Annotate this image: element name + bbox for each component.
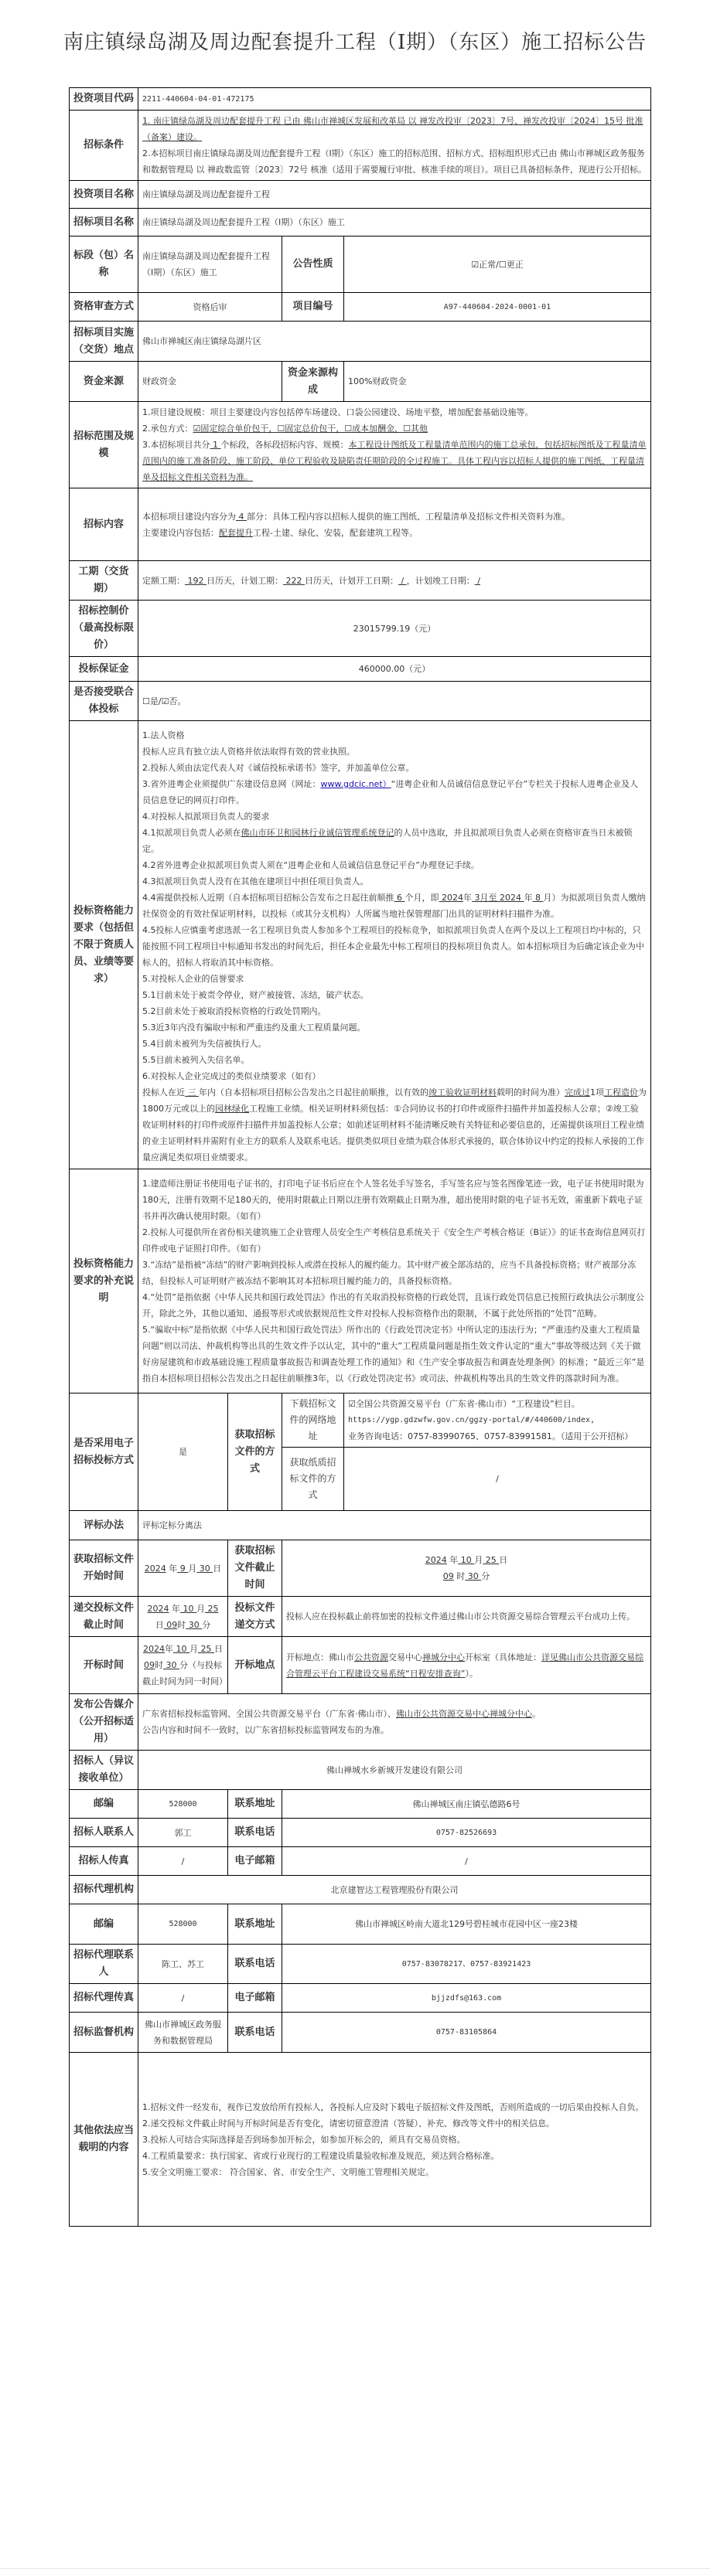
electronic-label: 是否采用电子招标投标方式 [70, 1393, 138, 1511]
submit-minute: 30 [186, 1620, 202, 1630]
row-other: 其他依法应当载明的内容 1.招标文件一经发布，视作已发放给所有投标人，各投标人应… [70, 2053, 651, 2227]
req-l3-prefix: 3.省外进粤企业须提供广东建设信息网（网址： [142, 779, 321, 789]
row-deposit: 投标保证金 460000.00（元） [70, 657, 651, 682]
req-l44-a: 4.4需提供投标人近期（自本招标项目招标公告发布之日起往前顺推 [142, 893, 394, 903]
page-bottom-divider [0, 2568, 710, 2569]
part-count: 4 [236, 512, 247, 522]
duration-t2: 日历天，计划工期： [207, 576, 283, 586]
control-price-label: 招标控制价（最高投标限价） [70, 601, 138, 657]
row-funds: 资金来源 财政资金 资金来源构成 100%财政资金 [70, 362, 651, 402]
other-item: 4.工程质量要求：执行国家、省或行业现行的工程建设质量验收标准及规范，须达到合格… [142, 2148, 647, 2164]
qualification-value: 资格后审 [138, 293, 282, 322]
supervisor-label: 招标监督机构 [70, 2013, 138, 2053]
paper-method-label: 获取纸质招标文件的方式 [282, 1448, 344, 1511]
req-l6-u3: 工程造价 [604, 1087, 638, 1097]
media-p1-a: 广东省招标投标监管网、全国公共资源交易平台（广东省·佛山市）、 [142, 1709, 396, 1719]
row-invest-name: 投资项目名称 南庄镇绿岛湖及周边配套提升工程 [70, 181, 651, 209]
tenderer-contact-label: 招标人联系人 [70, 1819, 138, 1847]
row-agency-fax: 招标代理传真 / 电子邮箱 bjjzdfs@163.com [70, 1984, 651, 2013]
credit-line: 5.对投标人企业的信誉要求 [142, 971, 647, 987]
obtain-end-hour: 09 [443, 1571, 454, 1581]
supplement-item: 1.建造师注册证书使用电子证书的，打印电子证书后应在个人签名处手写签名，手写签名… [142, 1176, 647, 1224]
agency-email-label: 电子邮箱 [228, 1984, 282, 2013]
opening-minute: 30 [163, 1660, 179, 1670]
req-l6-years: 三 [185, 1087, 199, 1097]
agency-fax-value: / [138, 1984, 228, 2013]
download-url-label: 下载招标文件的网络地址 [282, 1393, 344, 1448]
obtain-start-year: 2024 [145, 1564, 166, 1574]
row-invest-code: 投资项目代码 2211-440604-04-01-472175 [70, 88, 651, 111]
supplement-label: 投标资格能力要求的补充说明 [70, 1169, 138, 1393]
credit-line: 5.1目前未处于被责令停业，财产被接管、冻结，破产状态。 [142, 987, 647, 1003]
req-l44-month2: 8 [532, 893, 543, 903]
project-name-label: 招标项目名称 [70, 209, 138, 237]
row-agency-zip: 邮编 528000 联系地址 佛山市禅城区岭南大道北129号碧桂城市花园中区一座… [70, 1904, 651, 1945]
row-tenderer: 招标人（异议接收单位） 佛山禅城水乡新城开发建设有限公司 [70, 1751, 651, 1790]
duration-label: 工期（交货期） [70, 561, 138, 601]
credit-line: 5.5目前未被列入失信名单。 [142, 1052, 647, 1068]
paper-method-value: / [344, 1448, 651, 1511]
agency-zip-label: 邮编 [70, 1904, 138, 1945]
content-p2-underlined: 配套提升 [219, 528, 253, 538]
req-line: 投标人应具有独立法人资格并依法取得有效的营业执照。 [142, 744, 647, 760]
other-item: 5.安全文明施工要求： 符合国家、省、市安全生产、文明施工管理相关规定。 [142, 2164, 647, 2180]
invest-code-value: 2211-440604-04-01-472175 [138, 88, 651, 111]
conditions-p2: 2.本招标项目南庄镇绿岛湖及周边配套提升工程（Ⅰ期）（东区）施工的招标范围、招标… [142, 145, 647, 178]
obtain-end-year: 2024 [425, 1555, 447, 1565]
row-content: 招标内容 本招标项目建设内容分为 4 部分：具体工程内容以招标人提供的施工图纸、… [70, 488, 651, 561]
req-l41-prefix: 4.1拟派项目负责人必须在 [142, 828, 241, 838]
opening-place-label: 开标地点 [228, 1637, 282, 1694]
place-d: ）。 [465, 1669, 478, 1679]
funds-label: 资金来源 [70, 362, 138, 402]
plan-days: 222 [283, 576, 305, 586]
conditions-value: 1. 南庄镇绿岛湖及周边配套提升工程 已由 佛山市禅城区发展和改革局 以 禅发改… [138, 111, 651, 181]
other-label: 其他依法应当载明的内容 [70, 2053, 138, 2227]
media-p1-underlined: 佛山市公共资源交易中心禅城分中心 [396, 1709, 532, 1719]
tenderer-email-label: 电子邮箱 [228, 1847, 282, 1876]
section-label: 标段（包）名称 [70, 237, 138, 293]
evaluation-value: 评标定标分离法 [138, 1511, 651, 1540]
planned-end: / [475, 576, 480, 586]
agency-email-value: bjjzdfs@163.com [282, 1984, 651, 2013]
media-p2: 公告内容和时间不一致时，以广东省招标投标监管网发布的为准。 [142, 1722, 647, 1738]
supplement-item: 4.“处罚”是指依据《中华人民共和国行政处罚法》作出的有关取消投标资格的行政处罚… [142, 1289, 647, 1322]
opening-time-value: 2024年 10 月 25 日09时 30 分（与投标截止时间为同一时间） [138, 1637, 228, 1694]
media-p1-b: 。 [532, 1709, 541, 1719]
agency-addr-value: 佛山市禅城区岭南大道北129号碧桂城市花园中区一座23楼 [282, 1904, 651, 1945]
req-l41-system: 佛山市环卫和园林行业诚信管理系统登记 [241, 828, 394, 838]
notice-nature-value: ☑正常/☐更正 [344, 237, 651, 293]
row-section: 标段（包）名称 南庄镇绿岛湖及周边配套提升工程（Ⅰ期）（东区）施工 公告性质 ☑… [70, 237, 651, 293]
obtain-start-day: 30 [196, 1564, 213, 1574]
submit-deadline-value: 2024 年 10 月 25 日 09时 30 分 [138, 1597, 228, 1637]
obtain-end-month: 10 [458, 1555, 474, 1565]
scope-label: 招标范围及规模 [70, 402, 138, 488]
content-p1-suffix: 部分：具体工程内容以招标人提供的施工图纸、工程量清单及招标文件相关资料为准。 [247, 512, 570, 522]
other-item: 2.递交投标文件截止时间与开标时间是否有变化，请密切留意澄清（答疑）、补充、修改… [142, 2115, 647, 2132]
req-l6-d: 1项 [590, 1087, 604, 1097]
row-electronic-download: 是否采用电子招标投标方式 是 获取招标文件的方式 下载招标文件的网络地址 ☑全国… [70, 1393, 651, 1448]
row-tenderer-fax: 招标人传真 / 电子邮箱 / [70, 1847, 651, 1876]
row-project-name: 招标项目名称 南庄镇绿岛湖及周边配套提升工程（Ⅰ期）（东区）施工 [70, 209, 651, 237]
submit-hour: 09 [164, 1620, 178, 1630]
scope-value: 1.项目建设规模：项目主要建设内容包括停车场建设、口袋公园建设、场地平整，增加配… [138, 402, 651, 488]
requirements-value: 1.法人资格 投标人应具有独立法人资格并依法取得有效的营业执照。 2.投标人须由… [138, 721, 651, 1169]
tenderer-fax-value: / [138, 1847, 228, 1876]
agency-contact-label: 招标代理联系人 [70, 1945, 138, 1984]
supplement-value: 1.建造师注册证书使用电子证书的，打印电子证书后应在个人签名处手写签名，手写签名… [138, 1169, 651, 1393]
tenderer-email-value: / [282, 1847, 651, 1876]
place-u2: 禅城分中心 [422, 1652, 465, 1662]
download-url-value: ☑全国公共资源交易平台（广东省·佛山市）“工程建设”栏目。 https://yg… [344, 1393, 651, 1448]
row-agency-contact: 招标代理联系人 陈工、苏工 联系电话 0757-83078217、0757-83… [70, 1945, 651, 1984]
content-p2-suffix: 工程-土建、绿化、安装，配套建筑工程等。 [253, 528, 418, 538]
submit-month: 10 [180, 1604, 196, 1614]
deposit-label: 投标保证金 [70, 657, 138, 682]
agency-phone-value: 0757-83078217、0757-83921423 [282, 1945, 651, 1984]
duration-value: 定额工期： 192 日历天，计划工期： 222 日历天，计划开工日期： / ，计… [138, 561, 651, 601]
tenderer-label: 招标人（异议接收单位） [70, 1751, 138, 1790]
req-l44-d: 年 [524, 893, 532, 903]
supervisor-phone-label: 联系电话 [228, 2013, 282, 2053]
row-requirements: 投标资格能力要求（包括但不限于资质人员、业绩等要求） 1.法人资格 投标人应具有… [70, 721, 651, 1169]
row-media: 发布公告媒介（公开招标适用） 广东省招标投标监管网、全国公共资源交易平台（广东省… [70, 1694, 651, 1751]
obtain-start-month: 9 [177, 1564, 188, 1574]
planned-start: / [398, 576, 407, 586]
req-l6-u1: 竣工验收证明材料 [428, 1087, 497, 1097]
project-name-value: 南庄镇绿岛湖及周边配套提升工程（Ⅰ期）（东区）施工 [138, 209, 651, 237]
req-l6-a: 投标人在近 [142, 1087, 185, 1097]
notice-nature-label: 公告性质 [282, 237, 344, 293]
content-p2-prefix: 主要建设内容包括： [142, 528, 219, 538]
download-url-link[interactable]: https://ygp.gdzwfw.gov.cn/ggzy-portal/#/… [348, 1412, 647, 1428]
content-p1-prefix: 本招标项目建设内容分为 [142, 512, 236, 522]
req-l44-c: 年 [463, 893, 472, 903]
row-control-price: 招标控制价（最高投标限价） 23015799.19（元） [70, 601, 651, 657]
agency-fax-label: 招标代理传真 [70, 1984, 138, 2013]
req-l6-u2: 完成过 [565, 1087, 590, 1097]
obtain-start-value: 2024 年 9 月 30 日 [138, 1540, 228, 1597]
opening-year: 2024 [143, 1644, 165, 1654]
deposit-value: 460000.00（元） [138, 657, 651, 682]
supplement-item: 5.“骗取中标”是指依据《中华人民共和国行政处罚法》所作出的《行政处罚决定书》中… [142, 1322, 647, 1387]
control-price-value: 23015799.19（元） [138, 601, 651, 657]
place-a: 开标地点：佛山市 [286, 1652, 354, 1662]
tenderer-fax-label: 招标人传真 [70, 1847, 138, 1876]
row-supervisor: 招标监督机构 佛山市禅城区政务服务和数据管理局 联系电话 0757-831058… [70, 2013, 651, 2053]
req-l44-year1: 2024 [439, 893, 464, 903]
req-l44-b: 个月，即 [405, 893, 439, 903]
section-value: 南庄镇绿岛湖及周边配套提升工程（Ⅰ期）（东区）施工 [138, 237, 282, 293]
project-code-value: A97-440604-2024-0001-01 [344, 293, 651, 322]
tender-notice-table: 投资项目代码 2211-440604-04-01-472175 招标条件 1. … [69, 87, 651, 2227]
opening-day: 25 [198, 1644, 214, 1654]
credit-line: 5.3近3年内没有骗取中标和严重违约及重大工程质量问题。 [142, 1019, 647, 1036]
scope-p2-prefix: 2.承包方式： [142, 424, 193, 434]
project-code-label: 项目编号 [282, 293, 344, 322]
other-value: 1.招标文件一经发布，视作已发放给所有投标人，各投标人应及时下载电子版招标文件及… [138, 2053, 651, 2227]
content-label: 招标内容 [70, 488, 138, 561]
section-count: 1 [210, 440, 221, 450]
row-duration: 工期（交货期） 定额工期： 192 日历天，计划工期： 222 日历天，计划开工… [70, 561, 651, 601]
funds-composition-label: 资金来源构成 [282, 362, 344, 402]
credit-line: 6.对投标人企业完成过的类似业绩要求（如有） [142, 1068, 647, 1084]
contract-type-options: ☑固定综合单价包干，☐固定总价包干，☐成本加酬金，☐其他 [193, 424, 428, 434]
opening-month: 10 [173, 1644, 189, 1654]
media-label: 发布公告媒介（公开招标适用） [70, 1694, 138, 1751]
funds-value: 财政资金 [138, 362, 282, 402]
agency-addr-label: 联系地址 [228, 1904, 282, 1945]
invest-name-value: 南庄镇绿岛湖及周边配套提升工程 [138, 181, 651, 209]
row-scope: 招标范围及规模 1.项目建设规模：项目主要建设内容包括停车场建设、口袋公园建设、… [70, 402, 651, 488]
requirements-label: 投标资格能力要求（包括但不限于资质人员、业绩等要求） [70, 721, 138, 1169]
agency-zip-value: 528000 [138, 1904, 228, 1945]
agency-contact-value: 陈工、苏工 [138, 1945, 228, 1984]
req-l6-c: 载明的时间为准） [497, 1087, 565, 1097]
agency-value: 北京建智达工程管理股份有限公司 [138, 1876, 651, 1904]
conditions-p1: 1. 南庄镇绿岛湖及周边配套提升工程 已由 佛山市禅城区发展和改革局 以 禅发改… [142, 113, 647, 145]
opening-hour: 09 [144, 1660, 155, 1670]
req-line: 1.法人资格 [142, 727, 647, 744]
req-l6-b: 年内（自本招标项目招标公告发出之日起往前顺推，以有效的 [199, 1087, 428, 1097]
req-line: 4.5投标人应慎重考虑选派一名工程项目负责人参加多个工程项目的投标竞争，如拟派项… [142, 922, 647, 971]
electronic-value: 是 [138, 1393, 228, 1511]
scope-p3-mid: 个标段，各标段招标内容、规模： [221, 440, 349, 450]
funds-composition-value: 100%财政资金 [344, 362, 651, 402]
agency-label: 招标代理机构 [70, 1876, 138, 1904]
req-line: 4.3拟派项目负责人没有在其他在建项目中担任项目负责人。 [142, 873, 647, 890]
location-value: 佛山市禅城区南庄镇绿岛湖片区 [138, 322, 651, 362]
req-l44-months: 6 [394, 893, 405, 903]
qualification-label: 资格审查方式 [70, 293, 138, 322]
submit-deadline-label: 递交投标文件截止时间 [70, 1597, 138, 1637]
download-platform: ☑全国公共资源交易平台（广东省·佛山市）“工程建设”栏目。 [348, 1396, 647, 1412]
req-l44-month1: 3月至 2024 [472, 893, 524, 903]
agency-phone-label: 联系电话 [228, 1945, 282, 1984]
req-line: 4.2省外进粤企业拟派项目负责人须在“进粤企业和人员诚信信息登记平台”办理登记手… [142, 857, 647, 873]
supplement-item: 2.投标人可提供所在省份相关建筑施工企业管理人员安全生产考核信息系统关于《安全生… [142, 1224, 647, 1257]
obtain-end-day: 25 [483, 1555, 499, 1565]
req-l6-u4: 园林绿化 [215, 1104, 249, 1114]
tenderer-contact-value: 郭工 [138, 1819, 228, 1847]
tenderer-phone-value: 0757-82526693 [282, 1819, 651, 1847]
place-b: 交易中心 [388, 1652, 422, 1662]
other-item: 3.投标人可结合实际选择是否到场参加开标会，如参加开标会的，须具有交易员资格。 [142, 2132, 647, 2148]
supervisor-value: 佛山市禅城区政务服务和数据管理局 [138, 2013, 228, 2053]
obtain-start-label: 获取招标文件开始时间 [70, 1540, 138, 1597]
supplement-item: 3.“冻结”是指被“冻结”的财产影响到投标人或潜在投标人的履约能力。其中财产被全… [142, 1257, 647, 1289]
row-consortium: 是否接受联合体投标 ☐是/☑否。 [70, 682, 651, 721]
place-u1: 公共资源 [354, 1652, 388, 1662]
tenderer-addr-value: 佛山禅城区南庄镇弘德路6号 [282, 1790, 651, 1819]
obtain-end-minute: 30 [465, 1571, 481, 1581]
row-tenderer-zip: 邮编 528000 联系地址 佛山禅城区南庄镇弘德路6号 [70, 1790, 651, 1819]
evaluation-label: 评标办法 [70, 1511, 138, 1540]
other-item: 1.招标文件一经发布，视作已发放给所有投标人，各投标人应及时下载电子版招标文件及… [142, 2099, 647, 2115]
obtain-end-value: 2024 年 10 月 25 日09 时 30 分 [282, 1540, 651, 1597]
opening-place-value: 开标地点：佛山市公共资源交易中心禅城分中心开标室（具体地址：详见佛山市公共资源交… [282, 1637, 651, 1694]
submit-day: 25 [205, 1604, 219, 1614]
conditions-label: 招标条件 [70, 111, 138, 181]
credit-line: 5.2目前未处于被取消投标资格的行政处罚期内。 [142, 1003, 647, 1019]
tenderer-phone-label: 联系电话 [228, 1819, 282, 1847]
consortium-label: 是否接受联合体投标 [70, 682, 138, 721]
invest-code-label: 投资项目代码 [70, 88, 138, 111]
req-line: 2.投标人须由法定代表人对《诚信投标承诺书》签字，并加盖单位公章。 [142, 760, 647, 776]
row-supplement: 投标资格能力要求的补充说明 1.建造师注册证书使用电子证书的，打印电子证书后应在… [70, 1169, 651, 1393]
consortium-value: ☐是/☑否。 [138, 682, 651, 721]
row-location: 招标项目实施（交货）地点 佛山市禅城区南庄镇绿岛湖片区 [70, 322, 651, 362]
row-agency: 招标代理机构 北京建智达工程管理股份有限公司 [70, 1876, 651, 1904]
row-opening: 开标时间 2024年 10 月 25 日09时 30 分（与投标截止时间为同一时… [70, 1637, 651, 1694]
req-line: 4.对投标人拟派项目负责人的要求 [142, 808, 647, 825]
location-label: 招标项目实施（交货）地点 [70, 322, 138, 362]
tenderer-addr-label: 联系地址 [228, 1790, 282, 1819]
media-value: 广东省招标投标监管网、全国公共资源交易平台（广东省·佛山市）、佛山市公共资源交易… [138, 1694, 651, 1751]
opening-time-label: 开标时间 [70, 1637, 138, 1694]
download-phone: 业务咨询电话：0757-83990765、0757-83991581。（适用于公… [348, 1428, 647, 1445]
gdcic-link[interactable]: www.gdcic.net） [321, 779, 391, 789]
row-submit: 递交投标文件截止时间 2024 年 10 月 25 日 09时 30 分 投标文… [70, 1597, 651, 1637]
tenderer-value: 佛山禅城水乡新城开发建设有限公司 [138, 1751, 651, 1790]
row-qualification: 资格审查方式 资格后审 项目编号 A97-440604-2024-0001-01 [70, 293, 651, 322]
duration-t4: ，计划竣工日期： [407, 576, 475, 586]
obtain-method-label: 获取招标文件的方式 [228, 1393, 282, 1511]
page-title: 南庄镇绿岛湖及周边配套提升工程（Ⅰ期）（东区）施工招标公告 [0, 0, 710, 74]
duration-t3: 日历天，计划开工日期： [305, 576, 398, 586]
submit-method-label: 投标文件递交方式 [228, 1597, 282, 1637]
scope-p3-prefix: 3.本招标项目共分 [142, 440, 210, 450]
duration-t1: 定额工期： [142, 576, 185, 586]
row-obtain-time: 获取招标文件开始时间 2024 年 9 月 30 日 获取招标文件截止时间 20… [70, 1540, 651, 1597]
row-evaluation: 评标办法 评标定标分离法 [70, 1511, 651, 1540]
credit-line: 5.4目前未被列为失信被执行人。 [142, 1036, 647, 1052]
row-conditions: 招标条件 1. 南庄镇绿岛湖及周边配套提升工程 已由 佛山市禅城区发展和改革局 … [70, 111, 651, 181]
tenderer-zip-label: 邮编 [70, 1790, 138, 1819]
content-value: 本招标项目建设内容分为 4 部分：具体工程内容以招标人提供的施工图纸、工程量清单… [138, 488, 651, 561]
quota-days: 192 [185, 576, 207, 586]
opening-time-note: （与投标截止时间为同一时间） [142, 1660, 227, 1686]
submit-method-value: 投标人应在投标截止前将加密的投标文件通过佛山市公共资源交易综合管理云平台成功上传… [282, 1597, 651, 1637]
row-tenderer-contact: 招标人联系人 郭工 联系电话 0757-82526693 [70, 1819, 651, 1847]
invest-name-label: 投资项目名称 [70, 181, 138, 209]
scope-p1: 1.项目建设规模：项目主要建设内容包括停车场建设、口袋公园建设、场地平整，增加配… [142, 404, 647, 420]
obtain-end-label: 获取招标文件截止时间 [228, 1540, 282, 1597]
submit-year: 2024 [148, 1604, 169, 1614]
place-c: 开标室（具体地址： [465, 1652, 541, 1662]
supervisor-phone-value: 0757-83105864 [282, 2013, 651, 2053]
tenderer-zip-value: 528000 [138, 1790, 228, 1819]
